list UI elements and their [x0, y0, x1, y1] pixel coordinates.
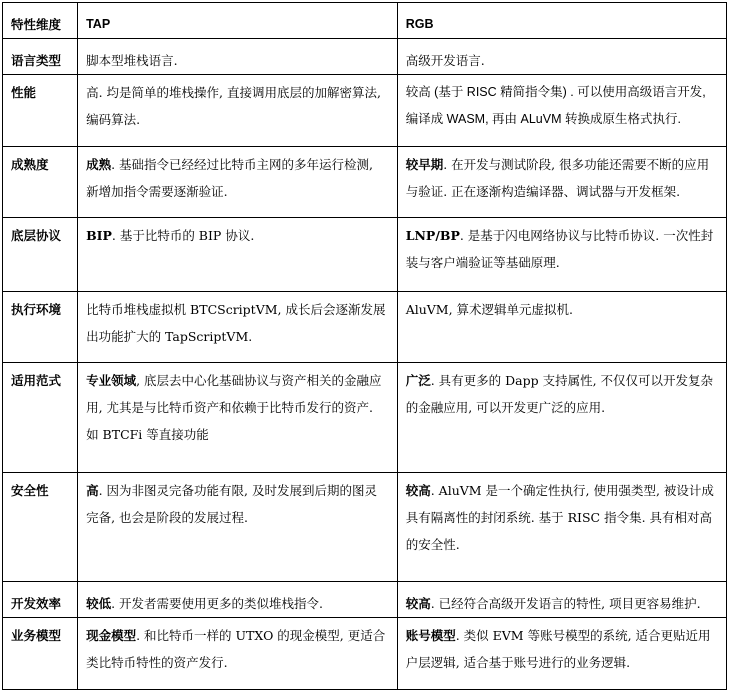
header-tap-label: TAP — [86, 17, 110, 31]
row-dimension: 开发效率 — [3, 582, 78, 618]
row-dimension-label: 适用范式 — [11, 373, 61, 388]
row-rgb-cell: 较早期. 在开发与测试阶段, 很多功能还需要不断的应用与验证. 正在逐渐构造编译… — [397, 147, 726, 218]
table-row: 执行环境 比特币堆栈虚拟机 BTCScriptVM, 成长后会逐渐发展出功能扩大… — [3, 292, 727, 363]
row-dimension-label: 性能 — [11, 85, 36, 100]
row-dimension-label: 成熟度 — [11, 157, 49, 172]
row-dimension-label: 执行环境 — [11, 302, 61, 317]
rgb-lead: 账号模型 — [406, 628, 456, 643]
table-header-row: 特性维度 TAP RGB — [3, 3, 727, 39]
row-dimension-label: 安全性 — [11, 483, 49, 498]
header-rgb-label: RGB — [406, 17, 434, 31]
rgb-text: . AluVM 是一个确定性执行, 使用强类型, 被设计成具有隔离性的封闭系统.… — [406, 483, 714, 552]
table-row: 业务模型 现金模型. 和比特币一样的 UTXO 的现金模型, 更适合类比特币特性… — [3, 618, 727, 690]
header-dimension: 特性维度 — [3, 3, 78, 39]
row-rgb-cell: 高级开发语言. — [397, 39, 726, 75]
rgb-lead: 较高 — [406, 483, 431, 498]
rgb-text: . 具有更多的 Dapp 支持属性, 不仅仅可以开发复杂的金融应用, 可以开发更… — [406, 373, 713, 415]
tap-text: . 基于比特币的 BIP 协议. — [112, 228, 254, 243]
row-dimension-label: 语言类型 — [11, 53, 61, 68]
rgb-text: 高级开发语言. — [406, 53, 485, 68]
row-tap-cell: BIP. 基于比特币的 BIP 协议. — [78, 218, 398, 292]
row-rgb-cell: 账号模型. 类似 EVM 等账号模型的系统, 适合更贴近用户层逻辑, 适合基于账… — [397, 618, 726, 690]
row-dimension: 业务模型 — [3, 618, 78, 690]
tap-lead: BIP — [86, 228, 112, 243]
row-tap-cell: 较低. 开发者需要使用更多的类似堆栈指令. — [78, 582, 398, 618]
row-rgb-cell: 较高 (基于 RISC 精简指令集) . 可以使用高级语言开发, 编译成 WAS… — [397, 75, 726, 147]
tap-text: . 基础指令已经经过比特币主网的多年运行检测, 新增加指令需要逐渐验证. — [86, 157, 373, 199]
row-dimension-label: 底层协议 — [11, 228, 61, 243]
tap-text: . 因为非图灵完备功能有限, 及时发展到后期的图灵完备, 也会是阶段的发展过程. — [86, 483, 377, 525]
table-row: 性能 高. 均是简单的堆栈操作, 直接调用底层的加解密算法, 编码算法. 较高 … — [3, 75, 727, 147]
rgb-lead: LNP/BP — [406, 228, 460, 243]
table-row: 开发效率 较低. 开发者需要使用更多的类似堆栈指令. 较高. 已经符合高级开发语… — [3, 582, 727, 618]
row-dimension-label: 业务模型 — [11, 628, 61, 643]
tap-lead: 专业领域 — [86, 373, 136, 388]
header-rgb: RGB — [397, 3, 726, 39]
row-tap-cell: 脚本型堆栈语言. — [78, 39, 398, 75]
row-rgb-cell: 较高. AluVM 是一个确定性执行, 使用强类型, 被设计成具有隔离性的封闭系… — [397, 473, 726, 582]
row-tap-cell: 比特币堆栈虚拟机 BTCScriptVM, 成长后会逐渐发展出功能扩大的 Tap… — [78, 292, 398, 363]
rgb-lead: 较早期 — [406, 157, 444, 172]
tap-lead: 现金模型 — [86, 628, 136, 643]
header-dimension-label: 特性维度 — [11, 17, 61, 32]
row-tap-cell: 高. 因为非图灵完备功能有限, 及时发展到后期的图灵完备, 也会是阶段的发展过程… — [78, 473, 398, 582]
tap-text: 比特币堆栈虚拟机 BTCScriptVM, 成长后会逐渐发展出功能扩大的 Tap… — [86, 302, 385, 344]
row-tap-cell: 专业领域, 底层去中心化基础协议与资产相关的金融应用, 尤其是与比特币资产和依赖… — [78, 363, 398, 473]
table-row: 底层协议 BIP. 基于比特币的 BIP 协议. LNP/BP. 是基于闪电网络… — [3, 218, 727, 292]
row-dimension: 成熟度 — [3, 147, 78, 218]
row-rgb-cell: AluVM, 算术逻辑单元虚拟机. — [397, 292, 726, 363]
row-dimension: 安全性 — [3, 473, 78, 582]
rgb-text: . 在开发与测试阶段, 很多功能还需要不断的应用与验证. 正在逐渐构造编译器、调… — [406, 157, 709, 199]
table-row: 适用范式 专业领域, 底层去中心化基础协议与资产相关的金融应用, 尤其是与比特币… — [3, 363, 727, 473]
row-dimension: 执行环境 — [3, 292, 78, 363]
header-tap: TAP — [78, 3, 398, 39]
table-row: 成熟度 成熟. 基础指令已经经过比特币主网的多年运行检测, 新增加指令需要逐渐验… — [3, 147, 727, 218]
row-tap-cell: 高. 均是简单的堆栈操作, 直接调用底层的加解密算法, 编码算法. — [78, 75, 398, 147]
rgb-text: 较高 (基于 RISC 精简指令集) . 可以使用高级语言开发, 编译成 WAS… — [406, 85, 706, 126]
row-rgb-cell: LNP/BP. 是基于闪电网络协议与比特币协议. 一次性封装与客户端验证等基础原… — [397, 218, 726, 292]
row-dimension: 语言类型 — [3, 39, 78, 75]
tap-lead: 较低 — [86, 596, 111, 611]
row-dimension: 适用范式 — [3, 363, 78, 473]
table-row: 语言类型 脚本型堆栈语言. 高级开发语言. — [3, 39, 727, 75]
rgb-text: . 已经符合高级开发语言的特性, 项目更容易维护. — [431, 596, 701, 611]
row-dimension: 性能 — [3, 75, 78, 147]
row-dimension-label: 开发效率 — [11, 596, 61, 611]
row-tap-cell: 成熟. 基础指令已经经过比特币主网的多年运行检测, 新增加指令需要逐渐验证. — [78, 147, 398, 218]
rgb-lead: 广泛 — [406, 373, 431, 388]
rgb-text: AluVM, 算术逻辑单元虚拟机. — [406, 302, 573, 317]
table-row: 安全性 高. 因为非图灵完备功能有限, 及时发展到后期的图灵完备, 也会是阶段的… — [3, 473, 727, 582]
comparison-table: 特性维度 TAP RGB 语言类型 脚本型堆栈语言. 高级开发语言. 性能 高.… — [2, 2, 727, 690]
tap-text: 脚本型堆栈语言. — [86, 53, 177, 68]
rgb-lead: 较高 — [406, 596, 431, 611]
row-rgb-cell: 较高. 已经符合高级开发语言的特性, 项目更容易维护. — [397, 582, 726, 618]
tap-lead: 成熟 — [86, 157, 111, 172]
tap-text: . 开发者需要使用更多的类似堆栈指令. — [111, 596, 323, 611]
tap-lead: 高 — [86, 483, 99, 498]
row-rgb-cell: 广泛. 具有更多的 Dapp 支持属性, 不仅仅可以开发复杂的金融应用, 可以开… — [397, 363, 726, 473]
row-tap-cell: 现金模型. 和比特币一样的 UTXO 的现金模型, 更适合类比特币特性的资产发行… — [78, 618, 398, 690]
tap-text: 高. 均是简单的堆栈操作, 直接调用底层的加解密算法, 编码算法. — [86, 85, 381, 127]
row-dimension: 底层协议 — [3, 218, 78, 292]
